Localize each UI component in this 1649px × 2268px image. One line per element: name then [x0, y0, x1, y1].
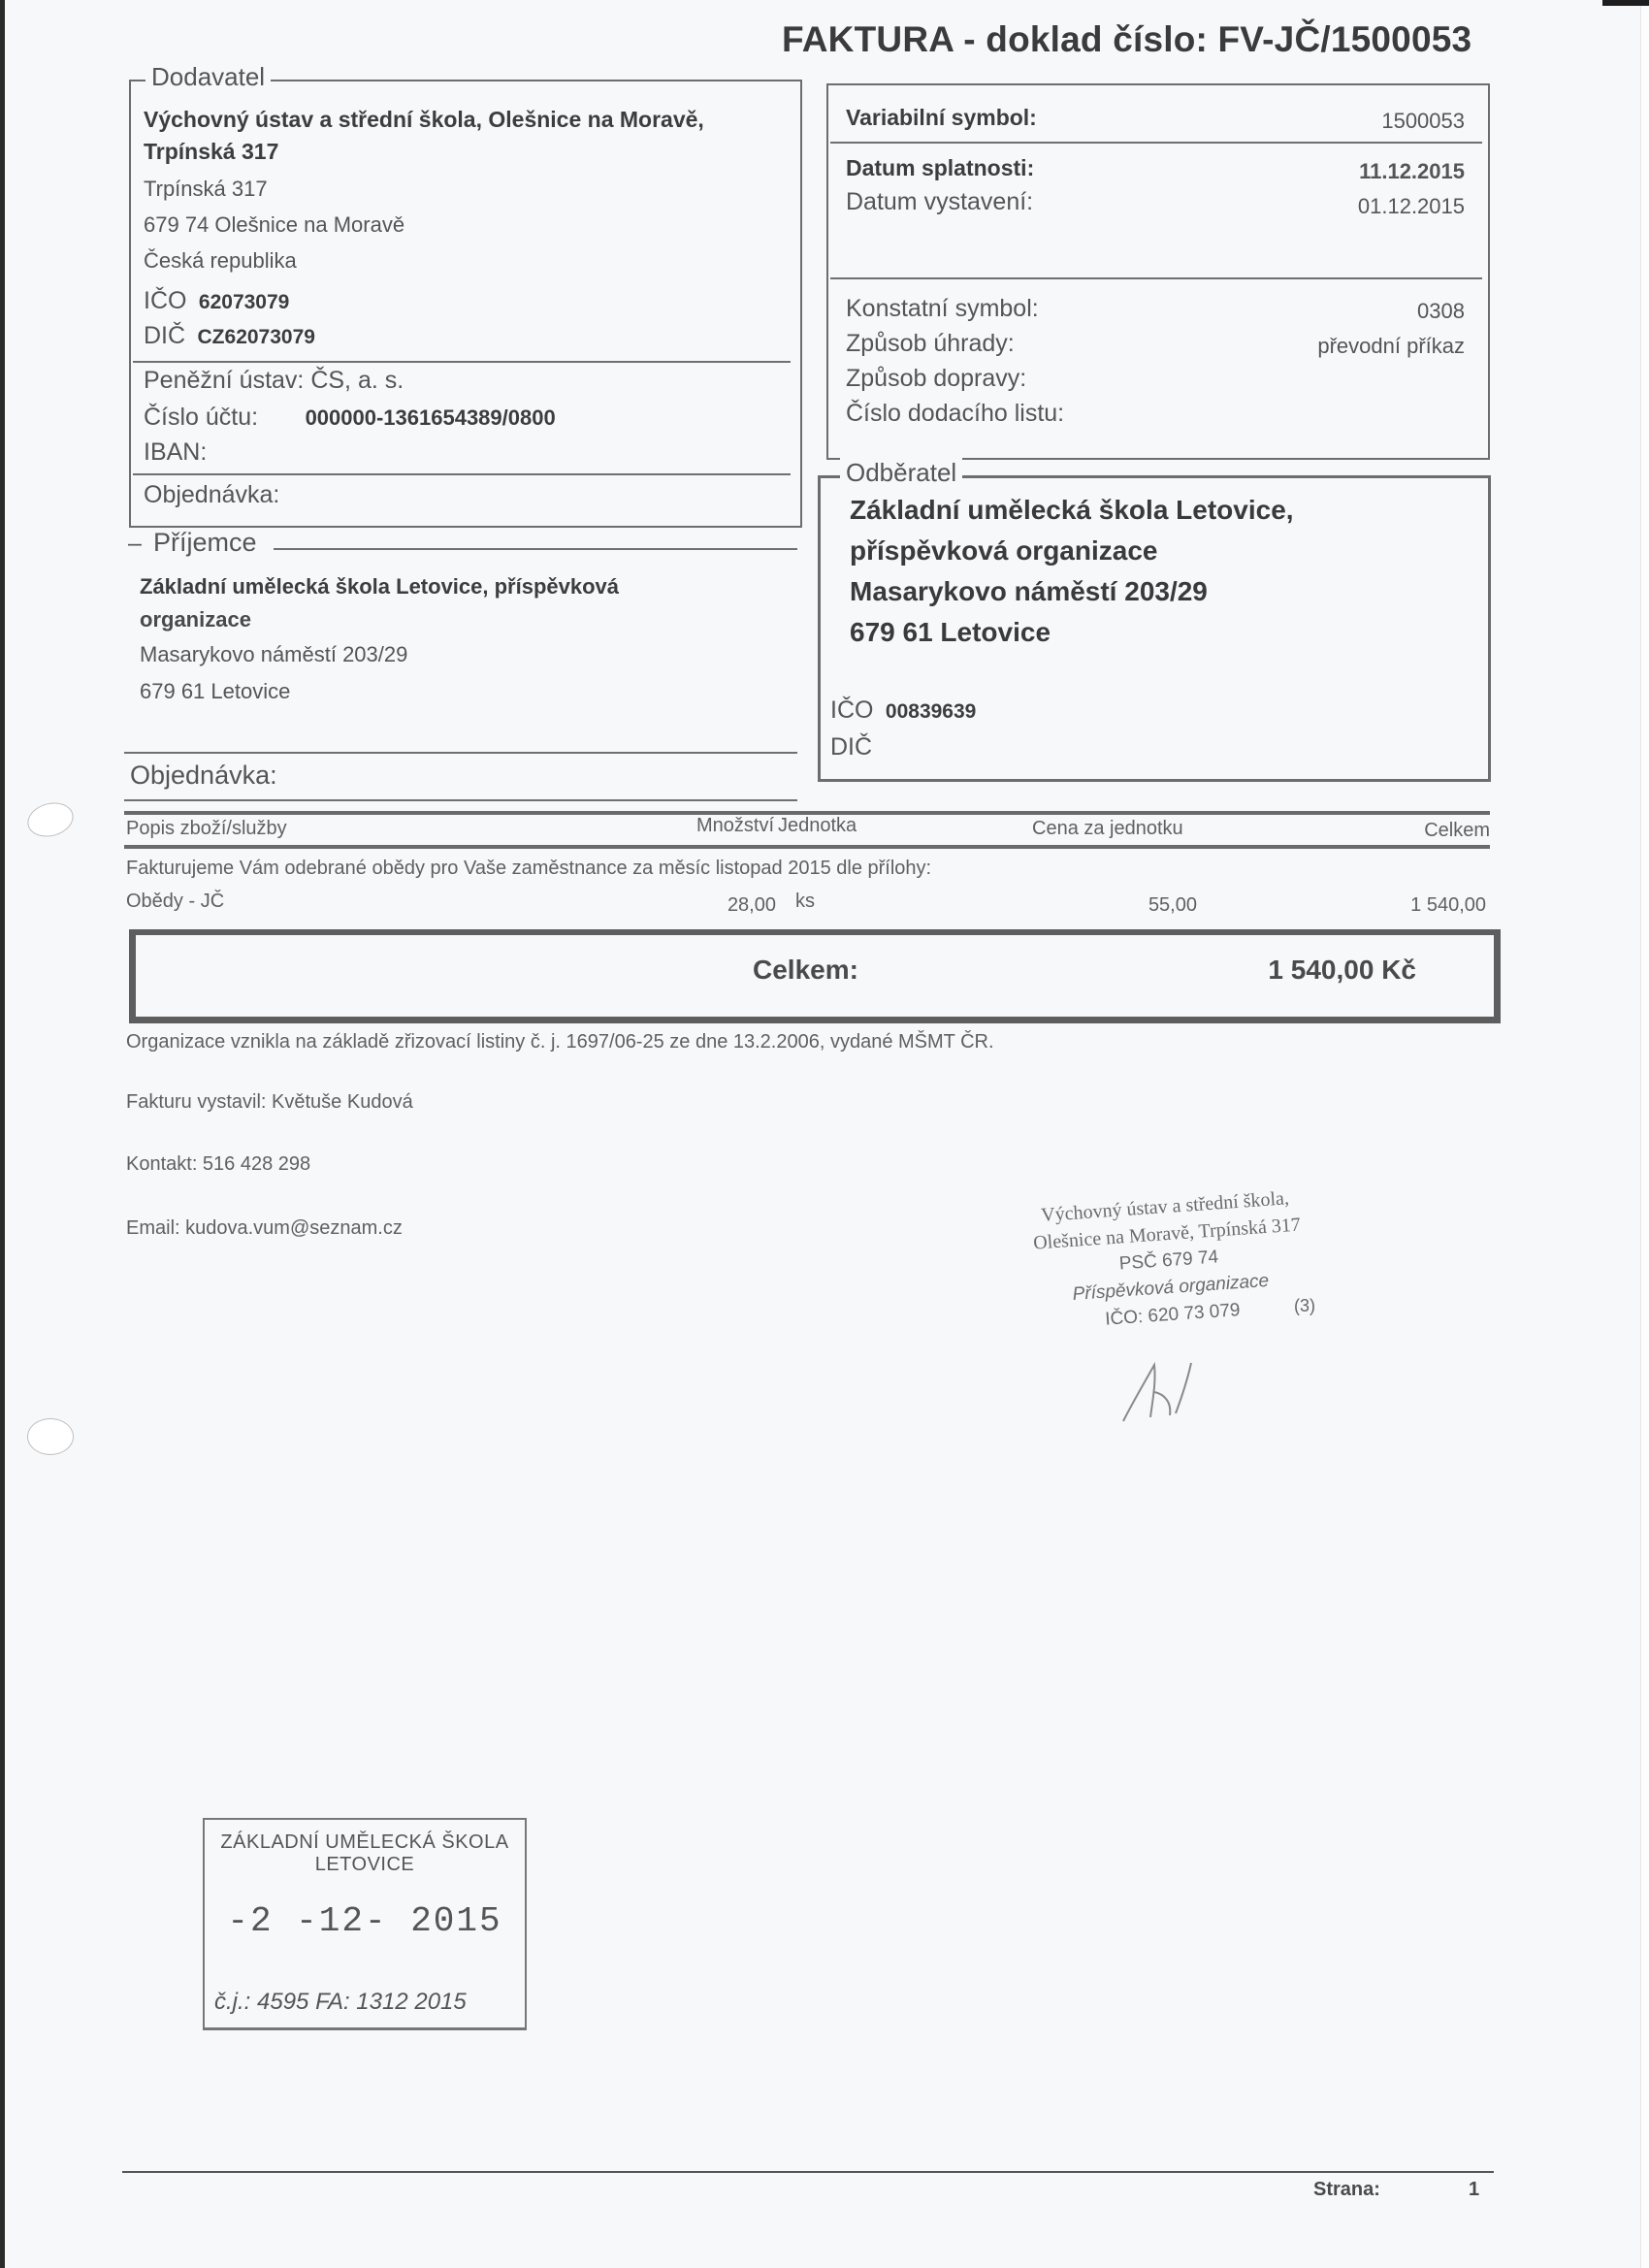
delivery-method-label: Způsob dopravy: — [846, 365, 1026, 393]
recipient-name-line2: organizace — [140, 607, 251, 632]
supplier-divider-1 — [133, 361, 791, 363]
punch-hole-top — [23, 797, 77, 841]
recipient-order-label: Objednávka: — [130, 761, 277, 791]
signature-icon — [1115, 1353, 1222, 1431]
col-description-header: Popis zboží/služby — [126, 818, 287, 840]
customer-city: 679 61 Letovice — [850, 617, 1051, 648]
supplier-ico: 62073079 — [199, 291, 289, 313]
supplier-account: 000000-1361654389/0800 — [306, 405, 556, 430]
supplier-account-row: Číslo účtu: 000000-1361654389/0800 — [144, 404, 556, 432]
recipient-order-line-top — [124, 752, 797, 754]
supplier-country: Česká republika — [144, 248, 297, 274]
customer-ico: 00839639 — [886, 700, 976, 723]
due-date-label: Datum splatnosti: — [846, 155, 1034, 181]
issue-date: 01.12.2015 — [1358, 194, 1465, 219]
supplier-legend: Dodavatel — [145, 62, 271, 92]
recipient-street: Masarykovo náměstí 203/29 — [140, 642, 407, 667]
variable-symbol-label: Variabilní symbol: — [846, 105, 1037, 131]
items-intro-text: Fakturujeme Vám odebrané obědy pro Vaše … — [126, 858, 931, 880]
supplier-dic-label: DIČ — [144, 322, 185, 349]
contact-phone: Kontakt: 516 428 298 — [126, 1153, 310, 1176]
supplier-account-label: Číslo účtu: — [144, 404, 258, 431]
receipt-stamp-date: -2 -12- 2015 — [205, 1901, 525, 1941]
payment-method: převodní příkaz — [1317, 334, 1465, 359]
supplier-stamp: Výchovný ústav a střední škola, Olešnice… — [986, 1181, 1353, 1341]
recipient-legend: Příjemce — [153, 528, 257, 558]
col-quantity-header: Množství — [696, 815, 774, 837]
scan-corner-mark — [1602, 0, 1649, 6]
recipient-dash: – — [128, 530, 142, 558]
issue-date-label: Datum vystavení: — [846, 188, 1033, 216]
recipient-top-line — [274, 548, 797, 550]
supplier-ico-row: IČO 62073079 — [144, 287, 289, 315]
supplier-city: 679 74 Olešnice na Moravě — [144, 212, 404, 238]
payment-divider-2 — [830, 277, 1482, 279]
receipt-stamp: ZÁKLADNÍ UMĚLECKÁ ŠKOLA LETOVICE -2 -12-… — [203, 1818, 527, 2030]
customer-name-line2: příspěvková organizace — [850, 535, 1157, 567]
payment-divider-1 — [830, 142, 1482, 144]
supplier-dic-row: DIČ CZ62073079 — [144, 322, 315, 350]
supplier-name-line2: Trpínská 317 — [144, 139, 278, 165]
col-unit-header: Jednotka — [778, 815, 857, 837]
table-header-bottom-line — [124, 845, 1490, 849]
row-unit: ks — [795, 891, 815, 913]
customer-street: Masarykovo náměstí 203/29 — [850, 576, 1208, 607]
customer-ico-row: IČO 00839639 — [830, 697, 976, 725]
issued-by: Fakturu vystavil: Květuše Kudová — [126, 1091, 413, 1114]
col-unit-price-header: Cena za jednotku — [1032, 818, 1183, 840]
receipt-stamp-ref: č.j.: 4595 FA: 1312 2015 — [214, 1989, 467, 2016]
page-label: Strana: — [1313, 2179, 1380, 2201]
recipient-city: 679 61 Letovice — [140, 679, 290, 704]
punch-hole-bottom — [27, 1418, 74, 1455]
delivery-note-label: Číslo dodacího listu: — [846, 400, 1064, 428]
supplier-bank: Peněžní ústav: ČS, a. s. — [144, 367, 404, 395]
recipient-name-line1: Základní umělecká škola Letovice, příspě… — [140, 574, 619, 599]
recipient-order-line-bottom — [124, 799, 797, 801]
total-label: Celkem: — [753, 955, 858, 986]
customer-ico-label: IČO — [830, 697, 873, 724]
supplier-order-label: Objednávka: — [144, 481, 279, 509]
supplier-ico-label: IČO — [144, 287, 186, 314]
customer-name-line1: Základní umělecká škola Letovice, — [850, 495, 1294, 526]
row-description: Obědy - JČ — [126, 891, 224, 913]
row-quantity: 28,00 — [727, 894, 776, 917]
founding-note: Organizace vznikla na základě zřizovací … — [126, 1031, 994, 1053]
scan-edge-left — [0, 0, 5, 2268]
supplier-stamp-mark: (3) — [1294, 1296, 1315, 1316]
constant-symbol-label: Konstatní symbol: — [846, 295, 1039, 323]
row-unit-price: 55,00 — [1148, 894, 1197, 917]
customer-dic-label: DIČ — [830, 733, 872, 761]
supplier-street: Trpínská 317 — [144, 177, 268, 202]
receipt-stamp-line1: ZÁKLADNÍ UMĚLECKÁ ŠKOLA — [205, 1831, 525, 1854]
customer-legend: Odběratel — [840, 458, 962, 488]
payment-method-label: Způsob úhrady: — [846, 330, 1015, 358]
scan-edge-right — [1640, 0, 1649, 2268]
supplier-dic: CZ62073079 — [198, 326, 315, 348]
supplier-divider-2 — [133, 473, 791, 475]
receipt-stamp-line2: LETOVICE — [205, 1854, 525, 1876]
col-total-header: Celkem — [1424, 820, 1490, 842]
footer-line — [122, 2171, 1494, 2173]
invoice-title: FAKTURA - doklad číslo: FV-JČ/1500053 — [782, 19, 1471, 60]
supplier-name-line1: Výchovný ústav a střední škola, Olešnice… — [144, 107, 704, 133]
variable-symbol: 1500053 — [1381, 109, 1465, 134]
due-date: 11.12.2015 — [1359, 159, 1465, 184]
supplier-iban-label: IBAN: — [144, 438, 207, 467]
constant-symbol: 0308 — [1417, 299, 1465, 324]
contact-email[interactable]: Email: kudova.vum@seznam.cz — [126, 1217, 403, 1240]
row-total: 1 540,00 — [1410, 894, 1486, 917]
page-number: 1 — [1469, 2179, 1479, 2201]
total-value: 1 540,00 Kč — [1268, 955, 1416, 986]
